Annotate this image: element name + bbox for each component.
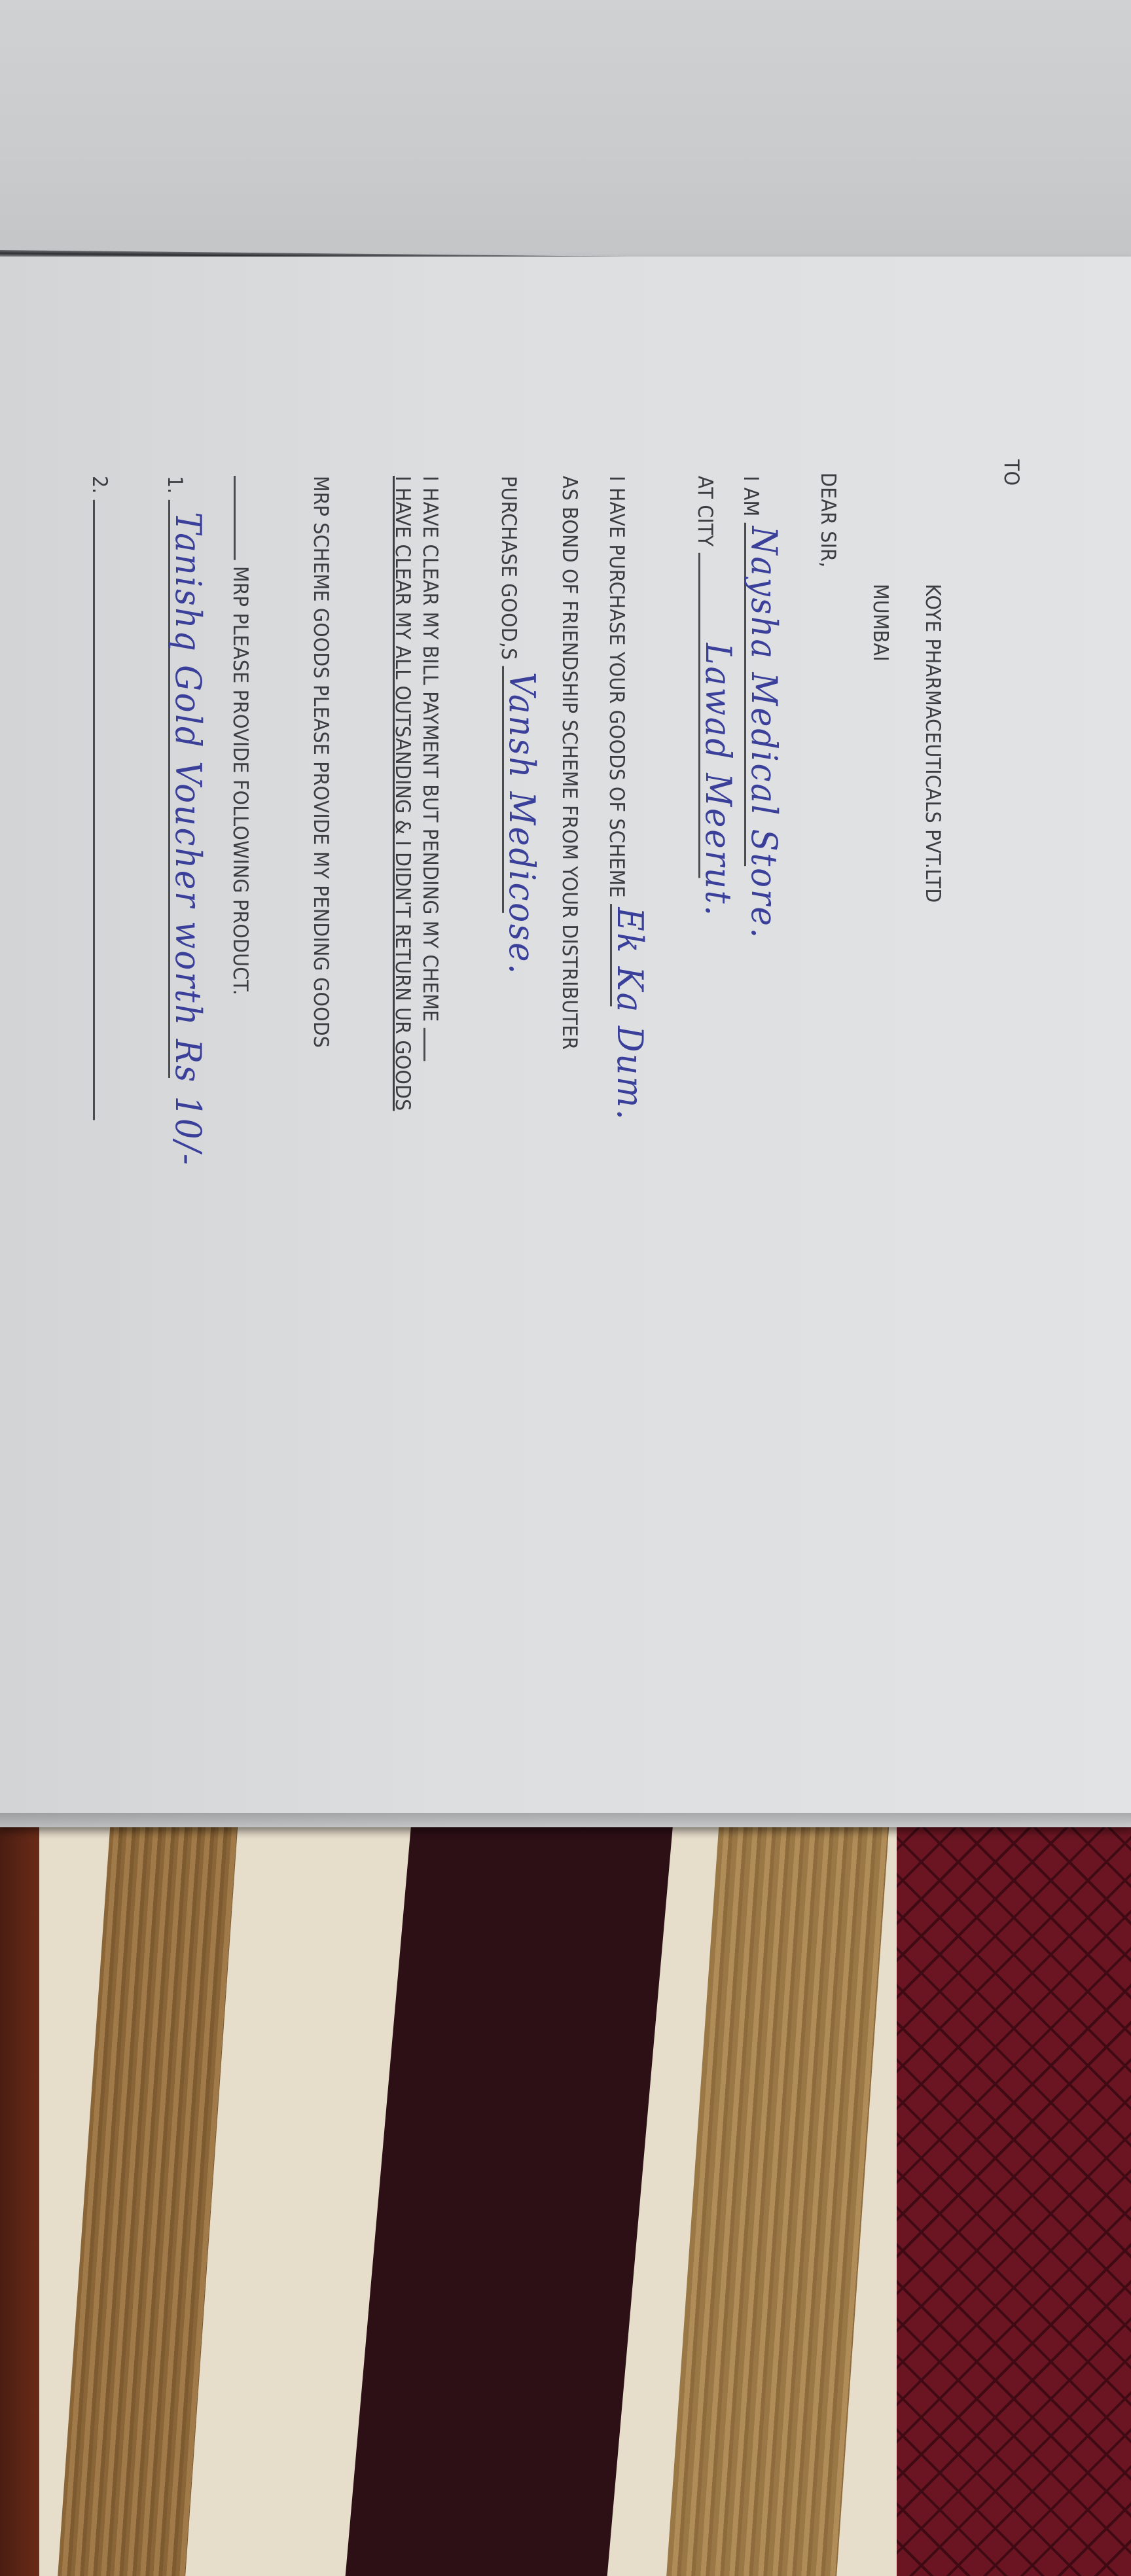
mrp-provide-blank[interactable] <box>234 476 254 560</box>
field-at-city-value: Lawad Meerut. <box>698 643 739 918</box>
fabric-stripe-brown <box>0 1793 39 2576</box>
product-item-2-number: 2. <box>88 476 111 494</box>
field-purchase-goods-value: Vansh Medicose. <box>501 672 543 976</box>
field-i-am-label: I AM <box>739 476 763 516</box>
fabric-stripe-plum <box>346 1793 676 2576</box>
product-item-2-blank[interactable] <box>93 500 113 1120</box>
bond-line: AS BOND OF FRIENDSHIP SCHEME FROM YOUR D… <box>558 476 581 1050</box>
background-paper-sheet <box>0 0 1131 257</box>
field-i-am-value: Naysha Medical Store. <box>744 526 785 940</box>
fabric-stripe-maroon-quilted <box>897 1793 1131 2576</box>
field-pending-scheme-blank[interactable] <box>423 1028 444 1062</box>
product-item-1-number: 1. <box>163 476 187 494</box>
fabric-stripe-tan-2 <box>666 1793 891 2576</box>
mrp-request: MRP SCHEME GOODS PLEASE PROVIDE MY PENDI… <box>309 476 332 1048</box>
product-item-2: 2. <box>88 476 113 1120</box>
field-pending-scheme-label: I HAVE CLEAR MY BILL PAYMENT BUT PENDING… <box>418 476 442 1022</box>
letter-document: TO KOYE PHARMACEUTICALS PVT.LTD MUMBAI D… <box>0 257 1131 1827</box>
field-purchase-goods-blank[interactable]: Vansh Medicose. <box>502 666 522 913</box>
to-label: TO <box>999 459 1023 486</box>
product-item-1: 1. Tanishq Gold Voucher worth Rs 10/- <box>163 476 188 1078</box>
field-i-am: I AM Naysha Medical Store. <box>739 476 764 866</box>
product-item-1-value: Tanishq Gold Voucher worth Rs 10/- <box>168 512 209 1166</box>
field-purchase-goods-label: PURCHASE GOOD,S <box>497 476 520 660</box>
mrp-provide-label: MRP PLEASE PROVIDE FOLLOWING PRODUCT. <box>228 566 252 995</box>
product-item-1-blank[interactable]: Tanishq Gold Voucher worth Rs 10/- <box>168 500 188 1078</box>
outstanding-statement: I HAVE CLEAR MY ALL OUTSANDING & I DIDN'… <box>391 476 414 1111</box>
field-i-am-blank[interactable]: Naysha Medical Store. <box>744 523 764 866</box>
fabric-stripe-tan <box>58 1793 240 2576</box>
field-scheme-blank[interactable]: Ek Ka Dum. <box>610 904 630 1006</box>
field-pending-scheme: I HAVE CLEAR MY BILL PAYMENT BUT PENDING… <box>418 476 444 1061</box>
field-at-city-blank[interactable]: Lawad Meerut. <box>698 553 719 878</box>
field-scheme-value: Ek Ka Dum. <box>609 907 651 1121</box>
fabric-surface <box>0 1793 1131 2576</box>
field-at-city-label: AT CITY <box>693 476 717 546</box>
field-scheme-label: I HAVE PURCHASE YOUR GOODS OF SCHEME <box>605 476 628 898</box>
company-city: MUMBAI <box>869 584 892 662</box>
field-at-city: AT CITY Lawad Meerut. <box>693 476 719 878</box>
field-purchase-goods: PURCHASE GOOD,S Vansh Medicose. <box>497 476 522 913</box>
greeting: DEAR SIR, <box>816 473 840 567</box>
company-name: KOYE PHARMACEUTICALS PVT.LTD <box>921 584 944 903</box>
mrp-provide-line: MRP PLEASE PROVIDE FOLLOWING PRODUCT. <box>228 476 254 995</box>
field-scheme: I HAVE PURCHASE YOUR GOODS OF SCHEME Ek … <box>605 476 630 1006</box>
